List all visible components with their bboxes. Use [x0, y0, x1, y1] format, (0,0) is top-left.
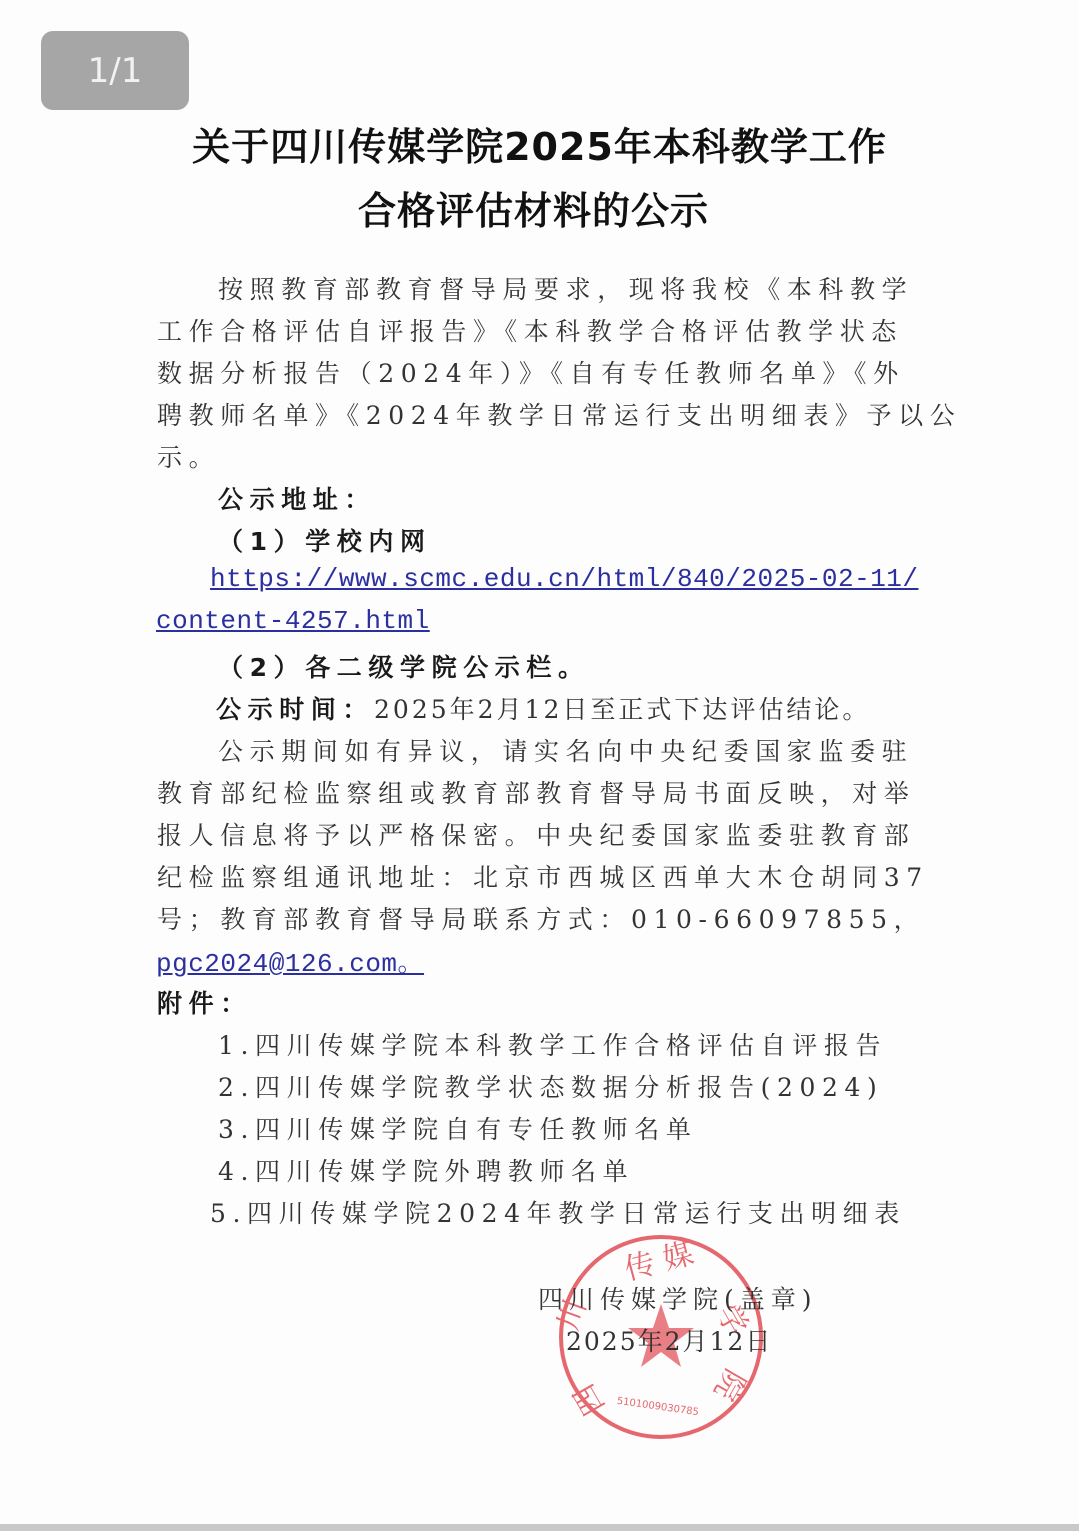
document-title-line2: 合格评估材料的公示	[0, 180, 1073, 235]
bottom-edge-bar	[0, 1524, 1079, 1531]
attachment-item: 1.四川传媒学院本科教学工作合格评估自评报告	[218, 1026, 887, 1062]
page-indicator: 1/1	[41, 31, 189, 110]
attachment-item: 2.四川传媒学院教学状态数据分析报告(2024)	[218, 1068, 883, 1104]
attachment-item: 5.四川传媒学院2024年教学日常运行支出明细表	[210, 1194, 906, 1230]
address-heading: 公示地址：	[218, 480, 376, 516]
time-label: 公示时间：	[216, 695, 374, 724]
intro-line: 数据分析报告（2024年）》《自有专任教师名单》《外	[157, 354, 905, 390]
publicity-time: 公示时间：2025年2月12日至正式下达评估结论。	[216, 690, 870, 726]
intro-line: 聘教师名单》《2024年教学日常运行支出明细表》予以公	[157, 396, 961, 432]
email-link[interactable]: pgc2024@126.com。	[156, 942, 424, 979]
document-title-line1: 关于四川传媒学院2025年本科教学工作	[0, 116, 1079, 171]
signature-date: 2025年2月12日	[566, 1322, 772, 1358]
intro-line: 示。	[157, 438, 220, 474]
svg-text:院: 院	[707, 1363, 752, 1406]
objection-line: 纪检监察组通讯地址：北京市西城区西单大木仓胡同37	[157, 858, 929, 894]
signature-organization: 四川传媒学院(盖章)	[538, 1280, 818, 1316]
svg-text:5101009030785: 5101009030785	[616, 1396, 699, 1418]
address-item-intranet: （1）学校内网	[218, 522, 432, 558]
url-link-part1[interactable]: https://www.scmc.edu.cn/html/840/2025-02…	[210, 564, 919, 594]
url-link-part2[interactable]: content-4257.html	[156, 606, 430, 636]
attachment-item: 4.四川传媒学院外聘教师名单	[218, 1152, 634, 1188]
objection-line: 公示期间如有异议，请实名向中央纪委国家监委驻	[218, 732, 913, 768]
attachment-item: 3.四川传媒学院自有专任教师名单	[218, 1110, 697, 1146]
address-item-bulletin: （2）各二级学院公示栏。	[218, 648, 590, 684]
objection-line: 教育部纪检监察组或教育部教育督导局书面反映，对举	[157, 774, 915, 810]
time-value: 2025年2月12日至正式下达评估结论。	[374, 695, 870, 724]
objection-line: 报人信息将予以严格保密。中央纪委国家监委驻教育部	[157, 816, 915, 852]
attachments-heading: 附件：	[157, 984, 252, 1020]
objection-line: 号；教育部教育督导局联系方式：010-66097855，	[157, 900, 925, 936]
intro-line: 工作合格评估自评报告》《本科教学合格评估教学状态	[157, 312, 903, 348]
intro-line: 按照教育部教育督导局要求，现将我校《本科教学	[218, 270, 913, 306]
